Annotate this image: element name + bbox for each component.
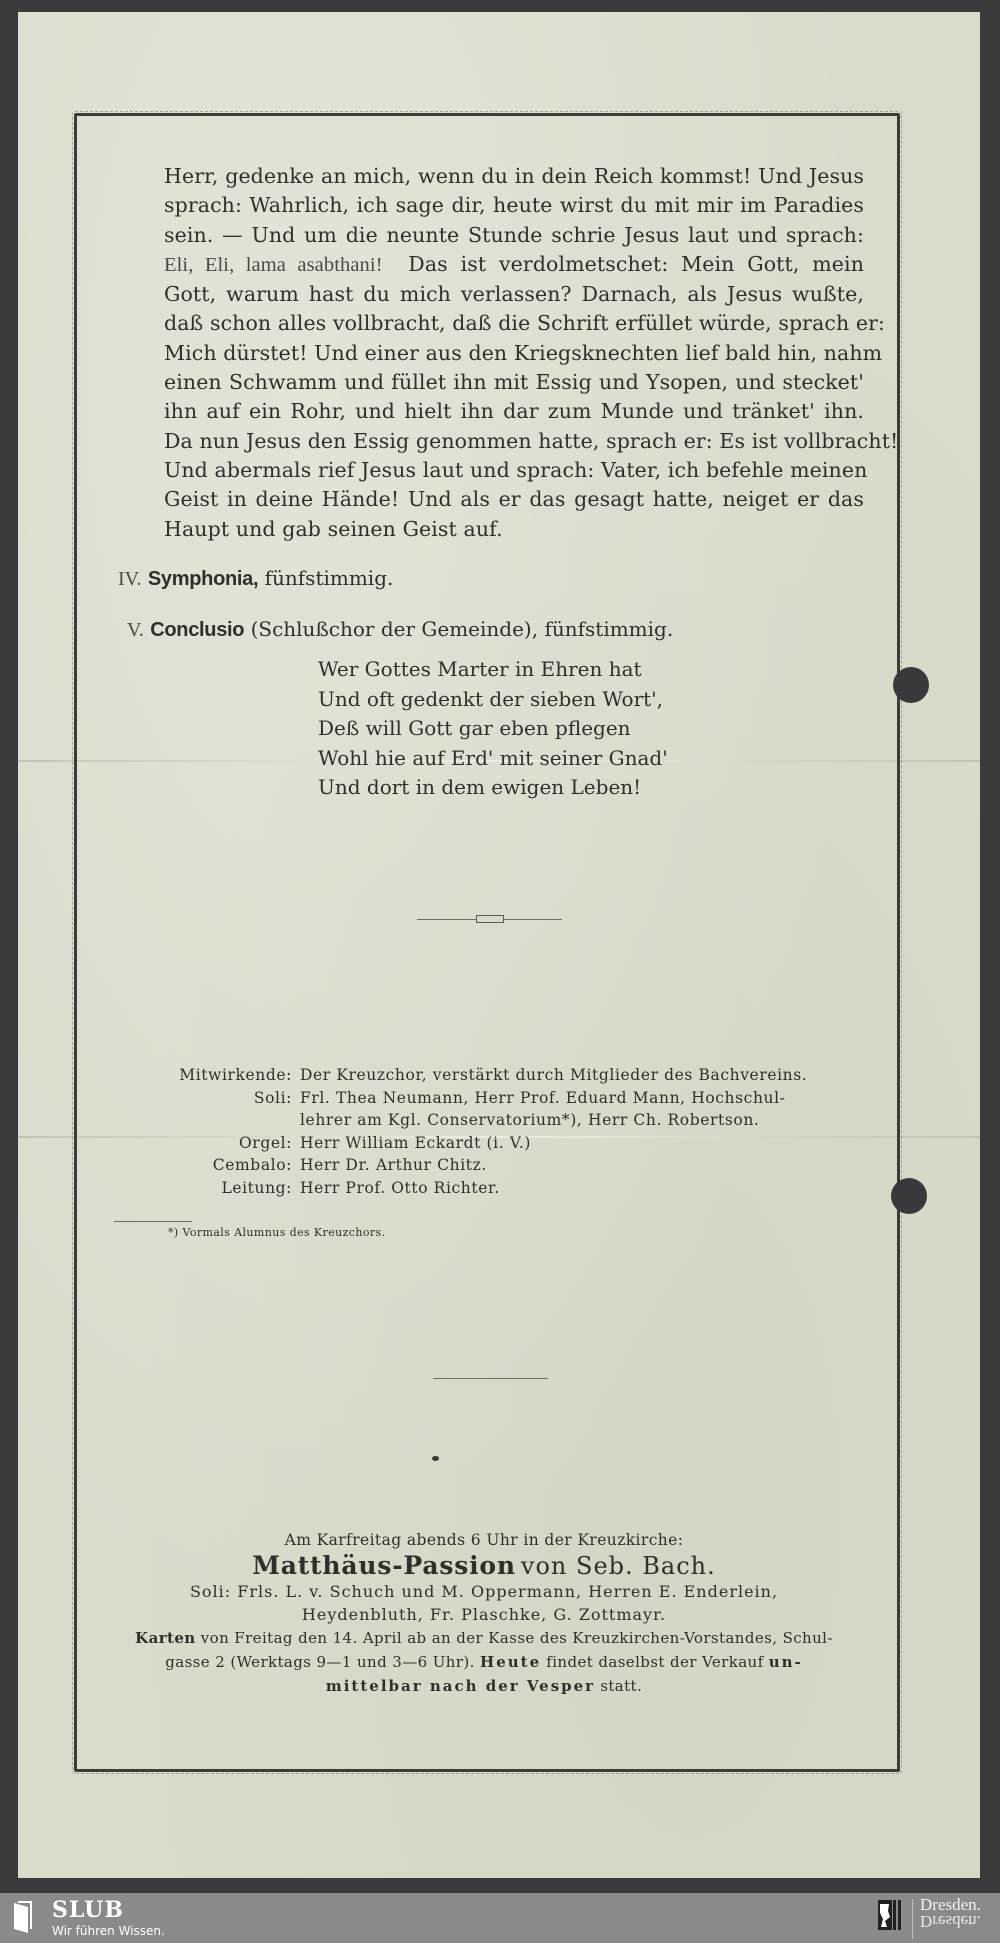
text-line: Gott, warum hast du mich verlassen? Darn… (164, 280, 864, 309)
section-title: Symphonia, (148, 568, 258, 590)
tickets-label: Karten (135, 1629, 195, 1647)
slub-tagline: Wir führen Wissen. (52, 1924, 165, 1938)
section-number: V. (127, 619, 144, 641)
credit-value: lehrer am Kgl. Conservatorium*), Herr Ch… (300, 1109, 880, 1132)
text-line: Eli, Eli, lama asabthani! Das ist verdol… (164, 250, 864, 280)
footnote: *) Vormals Alumnus des Kreuzchors. (168, 1226, 385, 1239)
text-line: Geist in deine Hände! Und als er das ges… (164, 485, 864, 514)
credit-row: Leitung:Herr Prof. Otto Richter. (120, 1177, 880, 1200)
divider-line (433, 1378, 548, 1379)
credit-label: Mitwirkende: (120, 1064, 300, 1087)
soloists-line: Soli: Frls. L. v. Schuch und M. Opperman… (94, 1582, 874, 1601)
text-line: Herr, gedenke an mich, wenn du in dein R… (164, 162, 864, 191)
credit-value: Der Kreuzchor, verstärkt durch Mitgliede… (300, 1064, 880, 1087)
verse-line: Und oft gedenkt der sieben Wort', (318, 685, 668, 715)
performers-list: Mitwirkende:Der Kreuzchor, verstärkt dur… (120, 1064, 880, 1200)
credit-value: Herr William Eckardt (i. V.) (300, 1132, 880, 1155)
text-line: Mich dürstet! Und einer aus den Kriegskn… (164, 339, 864, 368)
announcement: Am Karfreitag abends 6 Uhr in der Kreuzk… (94, 1531, 874, 1698)
verse-line: Wer Gottes Marter in Ehren hat (318, 655, 668, 685)
divider-ornament (476, 915, 504, 923)
credit-label (120, 1109, 300, 1132)
verse-line: Und dort in dem ewigen Leben! (318, 773, 668, 803)
credit-value: Herr Prof. Otto Richter. (300, 1177, 880, 1200)
dresden-coat-of-arms-icon (877, 1899, 905, 1933)
section-desc: fünfstimmig. (265, 566, 394, 590)
soloists-line: Heydenbluth, Fr. Plaschke, G. Zottmayr. (94, 1605, 874, 1624)
credit-row: Mitwirkende:Der Kreuzchor, verstärkt dur… (120, 1064, 880, 1087)
dresden-wordmark-mirror: Dresden. (920, 1913, 981, 1929)
verse-line: Wohl hie auf Erd' mit seiner Gnad' (318, 744, 668, 774)
credit-label: Soli: (120, 1087, 300, 1110)
slub-book-icon (12, 1899, 36, 1935)
section-title: Conclusio (150, 619, 244, 641)
emphasis: Heute (480, 1653, 541, 1671)
credit-row: Soli:Frl. Thea Neumann, Herr Prof. Eduar… (120, 1087, 880, 1110)
credit-row: Orgel:Herr William Eckardt (i. V.) (120, 1132, 880, 1155)
punch-hole (891, 1178, 927, 1214)
tickets-line: mittelbar nach der Vesper statt. (94, 1674, 874, 1698)
dresden-logo-text[interactable]: Dresden. Dresden. (920, 1897, 981, 1929)
chorale-verse: Wer Gottes Marter in Ehren hat Und oft g… (318, 655, 668, 803)
latin-phrase: Eli, Eli, lama asabthani! (164, 254, 383, 276)
credit-row: Cembalo:Herr Dr. Arthur Chitz. (120, 1154, 880, 1177)
section-iv: IV. Symphonia, fünfstimmig. (118, 566, 393, 591)
announcement-intro: Am Karfreitag abends 6 Uhr in der Kreuzk… (94, 1531, 874, 1549)
tickets-text: findet daselbst der Verkauf (546, 1653, 763, 1671)
footnote-rule (114, 1221, 192, 1222)
text-line: Da nun Jesus den Essig genommen hatte, s… (164, 427, 864, 456)
credit-value: Herr Dr. Arthur Chitz. (300, 1154, 880, 1177)
text-line: Haupt und gab seinen Geist auf. (164, 515, 864, 544)
text-line: sein. — Und um die neunte Stunde schrie … (164, 221, 864, 250)
emphasis: un- (769, 1653, 803, 1671)
punch-hole (893, 667, 929, 703)
tickets-text: von Freitag den 14. April ab an der Kass… (201, 1629, 833, 1647)
credit-label: Leitung: (120, 1177, 300, 1200)
composer: von Seb. Bach. (521, 1552, 716, 1580)
credit-value: Frl. Thea Neumann, Herr Prof. Eduard Man… (300, 1087, 880, 1110)
narrative-paragraph: Herr, gedenke an mich, wenn du in dein R… (164, 162, 864, 544)
tickets-line: gasse 2 (Werktags 9—1 und 3—6 Uhr). Heut… (94, 1650, 874, 1674)
section-v: V. Conclusio (Schlußchor der Gemeinde), … (127, 617, 673, 642)
tickets-line: Karten von Freitag den 14. April ab an d… (94, 1626, 874, 1650)
text-line: daß schon alles vollbracht, daß die Schr… (164, 309, 864, 338)
logo-separator (912, 1899, 913, 1939)
verse-line: Deß will Gott gar eben pflegen (318, 714, 668, 744)
text-line: ihn auf ein Rohr, und hielt ihn dar zum … (164, 397, 864, 426)
credit-label: Cembalo: (120, 1154, 300, 1177)
work-title: Matthäus-Passion (252, 1551, 516, 1580)
text-line: sprach: Wahrlich, ich sage dir, heute wi… (164, 191, 864, 220)
tickets-text: statt. (600, 1677, 642, 1695)
section-desc: (Schlußchor der Gemeinde), fünfstimmig. (251, 617, 674, 641)
announcement-title: Matthäus-Passion von Seb. Bach. (94, 1551, 874, 1580)
ink-speck (432, 1456, 439, 1461)
text-fragment: Das ist verdolmetschet: Mein Gott, mein (408, 252, 864, 276)
emphasis: mittelbar nach der Vesper (326, 1677, 595, 1695)
text-line: einen Schwamm und füllet ihn mit Essig u… (164, 368, 864, 397)
text-line: Und abermals rief Jesus laut und sprach:… (164, 456, 864, 485)
section-number: IV. (118, 568, 142, 590)
slub-footer-bar: SLUB Wir führen Wissen. Dresden. Dresden… (0, 1893, 1000, 1943)
credit-label: Orgel: (120, 1132, 300, 1155)
slub-logo-text[interactable]: SLUB (52, 1897, 124, 1923)
credit-row: lehrer am Kgl. Conservatorium*), Herr Ch… (120, 1109, 880, 1132)
tickets-text: gasse 2 (Werktags 9—1 und 3—6 Uhr). (165, 1653, 475, 1671)
